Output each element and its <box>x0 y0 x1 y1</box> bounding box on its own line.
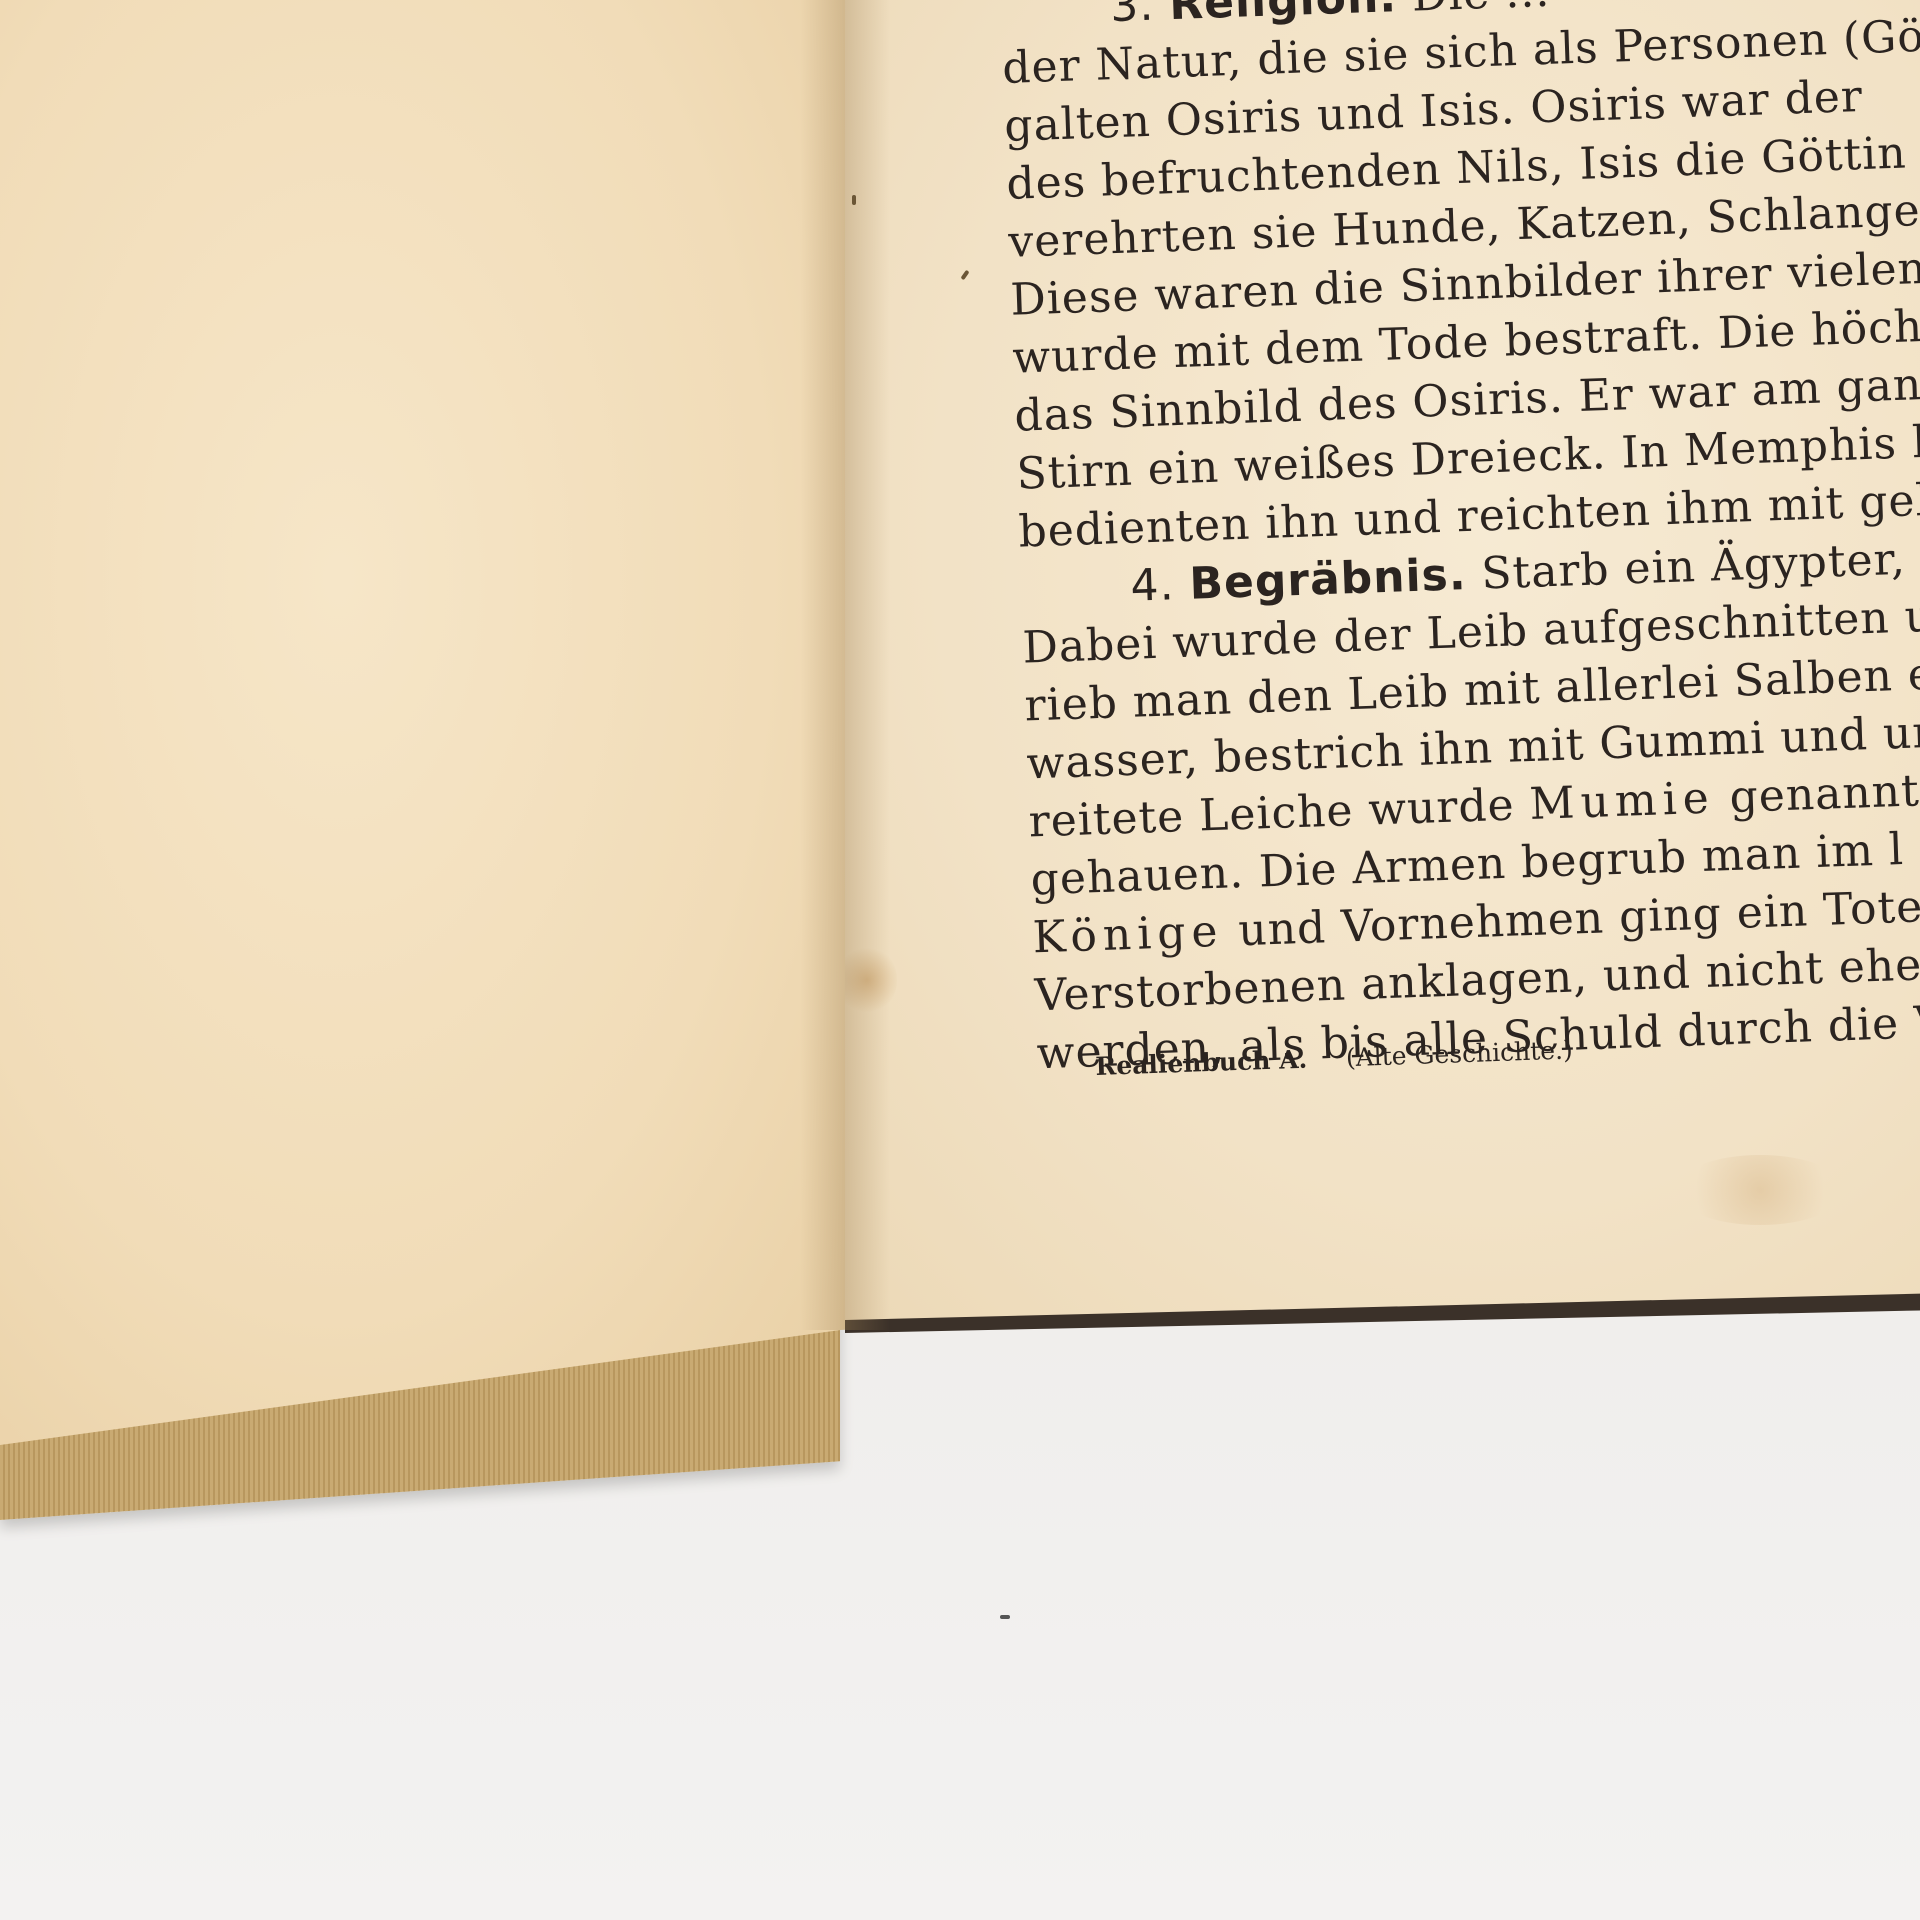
line-text: Die ... <box>1411 0 1551 22</box>
emphasized-word: Mumie <box>1529 773 1716 830</box>
foxing-stain <box>1675 1155 1845 1225</box>
book-spine-gutter <box>800 0 890 1330</box>
paper-speck <box>1000 1615 1010 1619</box>
line-text: genannt. Die <box>1714 762 1920 824</box>
section-heading: Religion. <box>1168 0 1397 30</box>
page-text: 3. Religion. Die ... der Natur, die sie … <box>1000 0 1920 1083</box>
section-number: 4. <box>1130 559 1176 612</box>
paper-speck <box>852 195 856 205</box>
section-heading: Begräbnis. <box>1189 549 1468 610</box>
book-photo: 3. Religion. Die ... der Natur, die sie … <box>0 0 1920 1920</box>
line-text: Starb ein Ägypter, s <box>1480 532 1920 599</box>
left-page-blank <box>0 0 845 1445</box>
section-number: 3. <box>1109 0 1155 32</box>
emphasized-word: Könige <box>1032 906 1224 964</box>
